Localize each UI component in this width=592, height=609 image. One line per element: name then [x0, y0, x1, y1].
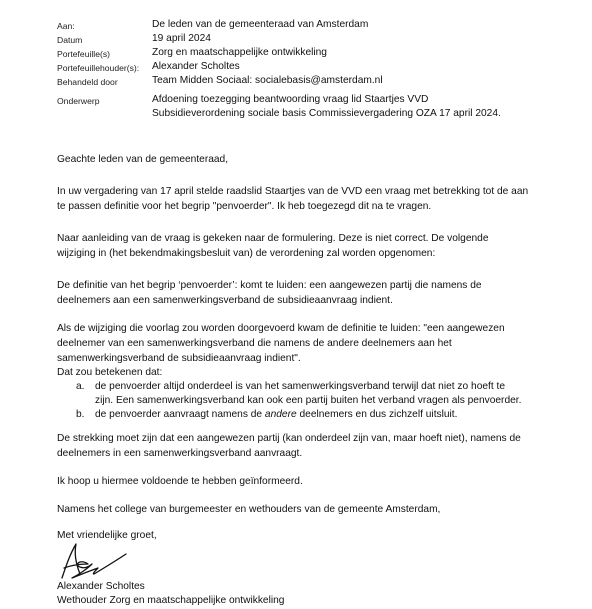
paragraph-4-line-4: Dat zou betekenen dat: — [57, 367, 162, 378]
list-marker-a: a. — [76, 381, 85, 392]
paragraph-4-line-2: deelnemer van een samenwerkingsverband d… — [57, 338, 452, 349]
list-item-b: de penvoerder aanvraagt namens de andere… — [95, 409, 457, 420]
label-aan: Aan: — [57, 21, 75, 31]
paragraph-5-line-2: deelnemers in een samenwerkingsverband a… — [57, 448, 302, 459]
value-aan: De leden van de gemeenteraad van Amsterd… — [152, 19, 368, 30]
paragraph-1-line-2: te passen definitie voor het begrip "pen… — [57, 201, 431, 212]
list-item-a-line-1: de penvoerder altijd onderdeel is van he… — [95, 381, 505, 392]
list-item-b-emphasis: andere — [265, 409, 297, 420]
paragraph-3-line-2: deelnemers aan een samenwerkingsverband … — [57, 295, 393, 306]
label-portefeuillehouder: Portefeuillehouder(s): — [57, 63, 139, 73]
label-behandeld-door: Behandeld door — [57, 77, 118, 87]
list-marker-b: b. — [76, 409, 85, 420]
paragraph-2-line-1: Naar aanleiding van de vraag is gekeken … — [57, 233, 489, 244]
paragraph-7: Namens het college van burgemeester en w… — [57, 504, 440, 515]
paragraph-4-line-3: samenwerkingsverband de subsidieaanvraag… — [57, 353, 301, 364]
value-portefeuillehouder: Alexander Scholtes — [152, 61, 240, 72]
value-portefeuille: Zorg en maatschappelijke ontwikkeling — [152, 47, 327, 58]
value-behandeld-door: Team Midden Sociaal: socialebasis@amster… — [152, 75, 383, 86]
signature-icon — [58, 540, 128, 582]
signer-name: Alexander Scholtes — [57, 581, 145, 592]
paragraph-4-line-1: Als de wijziging die voorlag zou worden … — [57, 323, 505, 334]
label-datum: Datum — [57, 35, 82, 45]
list-item-b-pre: de penvoerder aanvraagt namens de — [95, 409, 265, 420]
value-onderwerp: Afdoening toezegging beantwoording vraag… — [152, 94, 428, 105]
paragraph-5-line-1: De strekking moet zijn dat een aangeweze… — [57, 433, 521, 444]
label-onderwerp: Onderwerp — [57, 96, 100, 106]
paragraph-6: Ik hoop u hiermee voldoende te hebben ge… — [57, 476, 303, 487]
paragraph-2-line-2: wijziging in (het bekendmakingsbesluit v… — [57, 248, 435, 259]
list-item-b-post: deelnemers en dus zichzelf uitsluit. — [297, 409, 458, 420]
paragraph-3-line-1: De definitie van het begrip ‘penvoerder’… — [57, 280, 482, 291]
value-onderwerp-line2: Subsidieverordening sociale basis Commis… — [152, 108, 501, 119]
label-portefeuille: Portefeuille(s) — [57, 49, 110, 59]
list-item-a-line-2: zijn. Een samenwerkingsverband kan ook e… — [95, 395, 521, 406]
salutation: Geachte leden van de gemeenteraad, — [57, 154, 228, 165]
value-datum: 19 april 2024 — [152, 33, 211, 44]
paragraph-1-line-1: In uw vergadering van 17 april stelde ra… — [57, 186, 528, 197]
signer-title: Wethouder Zorg en maatschappelijke ontwi… — [57, 595, 284, 606]
